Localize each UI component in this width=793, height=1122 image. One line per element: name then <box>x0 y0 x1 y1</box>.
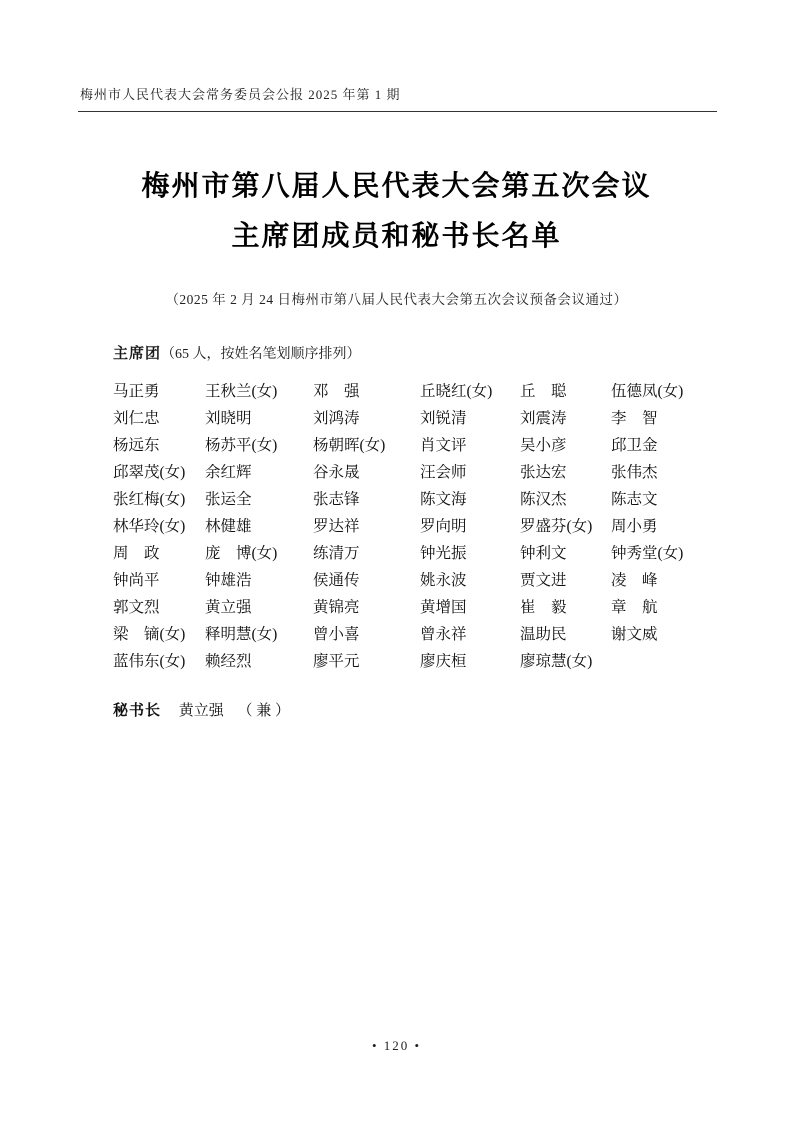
member-name: 凌 峰 <box>611 568 713 590</box>
member-name: 钟尚平 <box>113 568 205 590</box>
member-name: 刘震涛 <box>520 406 611 428</box>
page-number: • 120 • <box>0 1038 793 1054</box>
member-name: 钟秀堂(女) <box>611 541 713 563</box>
member-name: 练清万 <box>313 541 420 563</box>
document-title-line2: 主席团成员和秘书长名单 <box>0 212 793 262</box>
member-name: 崔 毅 <box>520 595 611 617</box>
member-name: 姚永波 <box>420 568 520 590</box>
document-title-line1: 梅州市第八届人民代表大会第五次会议 <box>0 162 793 212</box>
member-name: 章 航 <box>611 595 713 617</box>
member-name: 曾永祥 <box>420 622 520 644</box>
publication-running-header: 梅州市人民代表大会常务委员会公报 2025 年第 1 期 <box>80 84 715 103</box>
document-page: 梅州市人民代表大会常务委员会公报 2025 年第 1 期 梅州市第八届人民代表大… <box>0 0 793 1122</box>
member-name: 陈文海 <box>420 487 520 509</box>
presidium-members-grid: 马正勇王秋兰(女)邓 强丘晓红(女)丘 聪伍德凤(女)刘仁忠刘晓明刘鸿涛刘锐清刘… <box>113 376 713 673</box>
document-title: 梅州市第八届人民代表大会第五次会议 主席团成员和秘书长名单 <box>0 162 793 262</box>
member-name: 张运全 <box>205 487 313 509</box>
member-name: 汪会师 <box>420 460 520 482</box>
secretary-general-concurrent-note: （ 兼 ） <box>238 703 291 719</box>
adoption-note: （2025 年 2 月 24 日梅州市第八届人民代表大会第五次会议预备会议通过） <box>0 288 793 308</box>
member-name: 陈志文 <box>611 487 713 509</box>
member-name: 周 政 <box>113 541 205 563</box>
member-name: 释明慧(女) <box>205 622 313 644</box>
member-name: 张达宏 <box>520 460 611 482</box>
member-name: 杨朝晖(女) <box>313 433 420 455</box>
member-name: 黄立强 <box>205 595 313 617</box>
member-name: 丘 聪 <box>520 379 611 401</box>
member-name: 钟雄浩 <box>205 568 313 590</box>
member-name: 庞 博(女) <box>205 541 313 563</box>
member-name: 肖文评 <box>420 433 520 455</box>
member-name: 刘晓明 <box>205 406 313 428</box>
member-name: 侯通传 <box>313 568 420 590</box>
member-name: 王秋兰(女) <box>205 379 313 401</box>
member-name: 罗盛芬(女) <box>520 514 611 536</box>
member-name: 黄增国 <box>420 595 520 617</box>
member-name: 伍德凤(女) <box>611 379 713 401</box>
presidium-heading: 主席团（65 人，按姓名笔划顺序排列） <box>113 342 793 363</box>
member-name: 陈汉杰 <box>520 487 611 509</box>
member-name: 杨远东 <box>113 433 205 455</box>
member-name: 张红梅(女) <box>113 487 205 509</box>
member-name: 邱翠茂(女) <box>113 460 205 482</box>
member-name: 刘锐清 <box>420 406 520 428</box>
member-name: 廖琼慧(女) <box>520 649 611 671</box>
secretary-general-line: 秘书长 黄立强 （ 兼 ） <box>113 699 793 720</box>
member-name: 郭文烈 <box>113 595 205 617</box>
presidium-label: 主席团 <box>113 346 161 362</box>
member-name: 林健雄 <box>205 514 313 536</box>
member-name: 蓝伟东(女) <box>113 649 205 671</box>
member-name: 梁 镝(女) <box>113 622 205 644</box>
member-name: 丘晓红(女) <box>420 379 520 401</box>
member-name: 廖庆桓 <box>420 649 520 671</box>
member-name: 钟光振 <box>420 541 520 563</box>
member-name: 刘仁忠 <box>113 406 205 428</box>
presidium-note: （65 人，按姓名笔划顺序排列） <box>161 347 361 362</box>
member-name: 余红辉 <box>205 460 313 482</box>
header-divider <box>78 111 717 112</box>
member-name: 周小勇 <box>611 514 713 536</box>
secretary-general-label: 秘书长 <box>113 703 161 719</box>
member-name: 赖经烈 <box>205 649 313 671</box>
member-name: 黄锦亮 <box>313 595 420 617</box>
member-name: 廖平元 <box>313 649 420 671</box>
member-name: 谢文威 <box>611 622 713 644</box>
member-name: 马正勇 <box>113 379 205 401</box>
member-name: 罗向明 <box>420 514 520 536</box>
member-name: 林华玲(女) <box>113 514 205 536</box>
member-name: 曾小喜 <box>313 622 420 644</box>
member-name: 温助民 <box>520 622 611 644</box>
member-name: 杨苏平(女) <box>205 433 313 455</box>
secretary-general-name: 黄立强 <box>179 703 224 719</box>
member-name: 张伟杰 <box>611 460 713 482</box>
member-name: 刘鸿涛 <box>313 406 420 428</box>
member-name: 李 智 <box>611 406 713 428</box>
member-name: 邱卫金 <box>611 433 713 455</box>
member-name: 贾文进 <box>520 568 611 590</box>
member-name: 吴小彦 <box>520 433 611 455</box>
member-name: 钟利文 <box>520 541 611 563</box>
member-name: 罗达祥 <box>313 514 420 536</box>
member-name: 邓 强 <box>313 379 420 401</box>
member-name: 张志锋 <box>313 487 420 509</box>
member-name: 谷永晟 <box>313 460 420 482</box>
